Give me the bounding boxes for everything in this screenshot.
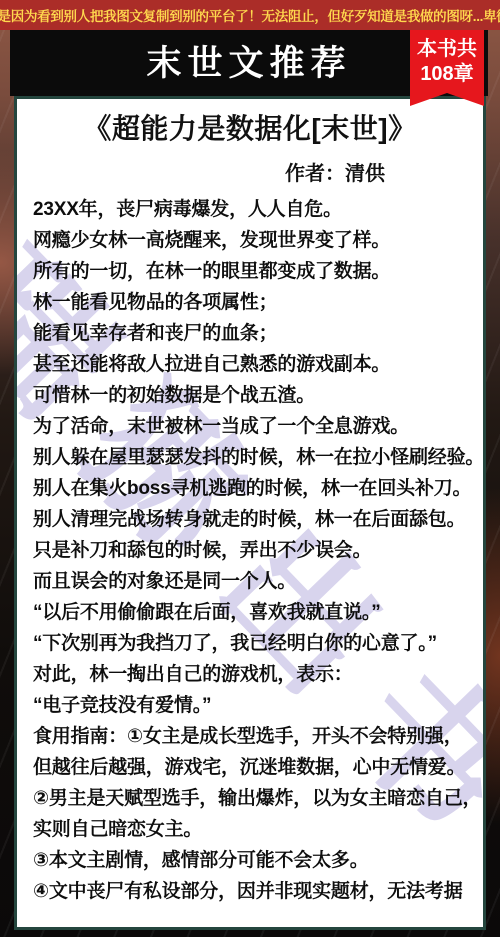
book-title: 《超能力是数据化[末世]》 <box>17 107 483 147</box>
chapter-count-line1: 本书共 <box>417 37 477 62</box>
body-line: 对此，林一掏出自己的游戏机，表示： <box>33 659 471 690</box>
body-line: 为了活命，末世被林一当成了一个全息游戏。 <box>33 411 471 442</box>
book-description: 23XX年，丧尸病毒爆发，人人自危。网瘾少女林一高烧醒来，发现世界变了样。所有的… <box>17 192 483 907</box>
card-content: 《超能力是数据化[末世]》 作者：清供 23XX年，丧尸病毒爆发，人人自危。网瘾… <box>17 107 483 907</box>
anti-copy-banner-text: 打码是因为看到别人把我图文复制到别的平台了！无法阻止，但好歹知道是我做的图呀..… <box>0 5 500 25</box>
body-line: “以后不用偷偷跟在后面，喜欢我就直说。” <box>33 597 471 628</box>
body-line: 实则自己暗恋女主。 <box>33 814 471 845</box>
chapter-count-line2: 108章 <box>420 62 473 87</box>
body-line: ④文中丧尸有私设部分，因并非现实题材，无法考据 <box>33 876 471 907</box>
body-line: 甚至还能将敌人拉进自己熟悉的游戏副本。 <box>33 349 471 380</box>
body-line: “下次别再为我挡刀了，我已经明白你的心意了。” <box>33 628 471 659</box>
body-line: 别人躲在屋里瑟瑟发抖的时候，林一在拉小怪刷经验。 <box>33 442 471 473</box>
body-line: 别人在集火boss寻机逃跑的时候，林一在回头补刀。 <box>33 473 471 504</box>
body-line: 林一能看见物品的各项属性； <box>33 287 471 318</box>
anti-copy-banner: 打码是因为看到别人把我图文复制到别的平台了！无法阻止，但好歹知道是我做的图呀..… <box>0 0 500 30</box>
body-line: 只是补刀和舔包的时候，弄出不少误会。 <box>33 535 471 566</box>
body-line: 而且误会的对象还是同一个人。 <box>33 566 471 597</box>
book-recommendation-card: 瑞猕出书 《超能力是数据化[末世]》 作者：清供 23XX年，丧尸病毒爆发，人人… <box>14 96 486 930</box>
body-line: 食用指南：①女主是成长型选手，开头不会特别强， <box>33 721 471 752</box>
body-line: 所有的一切，在林一的眼里都变成了数据。 <box>33 256 471 287</box>
body-line: 能看见幸存者和丧尸的血条； <box>33 318 471 349</box>
book-author: 作者：清供 <box>17 157 385 186</box>
body-line: ③本文主剧情，感情部分可能不会太多。 <box>33 845 471 876</box>
page-title: 末世文推荐 <box>146 46 351 81</box>
body-line: “电子竞技没有爱情。” <box>33 690 471 721</box>
body-line: 可惜林一的初始数据是个战五渣。 <box>33 380 471 411</box>
body-line: 但越往后越强，游戏宅，沉迷堆数据，心中无情爱。 <box>33 752 471 783</box>
body-line: 23XX年，丧尸病毒爆发，人人自危。 <box>33 194 471 225</box>
body-line: ②男主是天赋型选手，输出爆炸，以为女主暗恋自己， <box>33 783 471 814</box>
body-line: 别人清理完战场转身就走的时候，林一在后面舔包。 <box>33 504 471 535</box>
body-line: 网瘾少女林一高烧醒来，发现世界变了样。 <box>33 225 471 256</box>
